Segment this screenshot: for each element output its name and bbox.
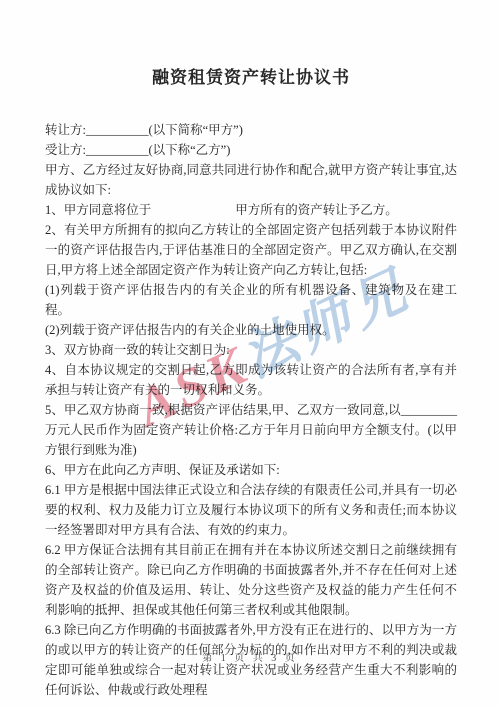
clause-5-paragraph: 5、甲乙双方协商一致,根据资产评估结果,甲、乙双方一致同意,以_________… xyxy=(45,400,457,460)
clause-6-paragraph: 6、甲方在此向乙方声明、保证及承诺如下: xyxy=(45,460,457,480)
page-number: 第 1 页 共 3 页 xyxy=(0,649,500,664)
clause-6-1-paragraph: 6.1 甲方是根据中国法律正式设立和合法存续的有限责任公司,并具有一切必要的权利… xyxy=(45,480,457,540)
document-content: 融资租赁资产转让协议书 转让方:__________(以下简称“甲方”) 受让方… xyxy=(45,66,457,700)
clause-1-paragraph: 1、甲方同意将位于甲方所有的资产转让予乙方。 xyxy=(45,200,457,220)
transferee-line: 受让方:__________(以下称“乙方”) xyxy=(45,140,457,160)
clause-2-item-1-paragraph: (1)列载于资产评估报告内的有关企业的所有机器设备、建筑物及在建工程。 xyxy=(45,280,457,320)
clause-1-pre-text: 1、甲方同意将位于 xyxy=(45,203,151,217)
clause-2-paragraph: 2、有关甲方所拥有的拟向乙方转让的全部固定资产包括列载于本协议附件一的资产评估报… xyxy=(45,220,457,280)
clause-3-paragraph: 3、双方协商一致的转让交割日为: xyxy=(45,340,457,360)
clause-2-item-2-paragraph: (2)列载于资产评估报告内的有关企业的土地使用权。 xyxy=(45,320,457,340)
transferor-line: 转让方:__________(以下简称“甲方”) xyxy=(45,120,457,140)
intro-paragraph: 甲方、乙方经过友好协商,同意共同进行协作和配合,就甲方资产转让事宜,达成协议如下… xyxy=(45,160,457,200)
document-title: 融资租赁资产转让协议书 xyxy=(45,66,457,90)
clause-1-post-text: 甲方所有的资产转让予乙方。 xyxy=(235,203,398,217)
clause-4-paragraph: 4、自本协议规定的交割日起,乙方即成为该转让资产的合法所有者,享有并承担与转让资… xyxy=(45,360,457,400)
document-page: ASK法师兄 融资租赁资产转让协议书 转让方:__________(以下简称“甲… xyxy=(0,0,500,706)
clause-6-2-paragraph: 6.2 甲方保证合法拥有其目前正在拥有并在本协议所述交割日之前继续拥有的全部转让… xyxy=(45,540,457,620)
